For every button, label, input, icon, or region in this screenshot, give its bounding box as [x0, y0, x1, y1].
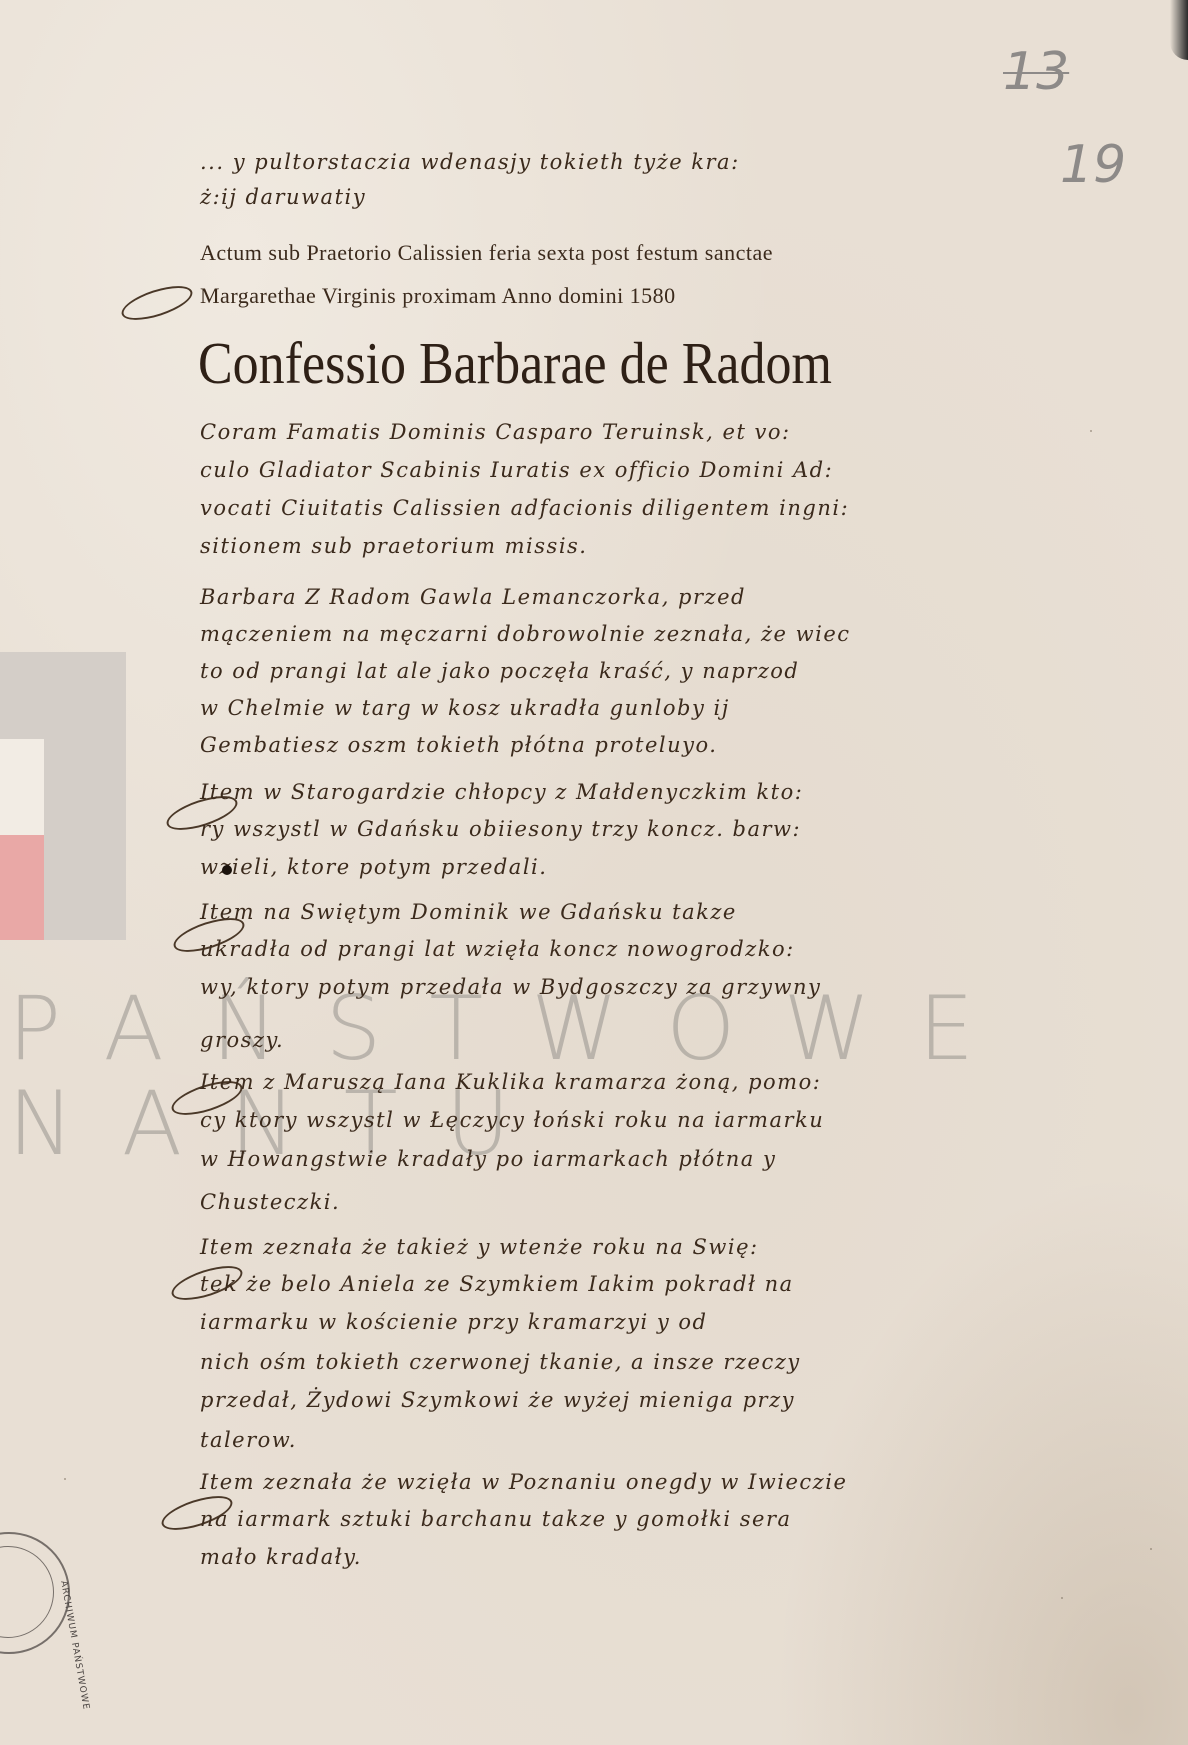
- archive-stamp-inner-ring: [0, 1546, 54, 1638]
- manuscript-page: PAŃSTWOWE NANTU 13 19 ... y pultorstaczi…: [0, 0, 1188, 1745]
- continuation-line: ... y pultorstaczia wdenasjy tokieth tyż…: [200, 150, 740, 174]
- paragraph-3-line: Item na Swiętym Dominik we Gdańsku takze: [200, 900, 737, 924]
- paper-speck: [1061, 1597, 1063, 1599]
- paragraph-1-line: w Chelmie w targ w kosz ukradła gunloby …: [200, 696, 730, 720]
- archive-stamp-label: ARCHIWUM PAŃSTWOWE: [58, 1580, 91, 1711]
- paragraph-4-line: cy ktory wszystl w Łęczycy łoński roku n…: [200, 1108, 824, 1132]
- paragraph-2-line: ry wszystl w Gdańsku obiiesony trzy konc…: [200, 817, 801, 841]
- paragraph-1-line: Barbara Z Radom Gawla Lemanczorka, przed: [200, 585, 746, 609]
- flourish-icon: [118, 279, 196, 327]
- paper-speck: [64, 1478, 66, 1480]
- acta-line: Margarethae Virginis proximam Anno domin…: [200, 283, 676, 309]
- paragraph-4-line: Item z Maruszą Iana Kuklika kramarza żon…: [200, 1070, 821, 1094]
- paper-speck: [1150, 1548, 1152, 1550]
- paragraph-5-line: Item zeznała że takież y wtenże roku na …: [200, 1235, 759, 1259]
- paragraph-2-line: Item w Starogardzie chłopcy z Małdenyczk…: [200, 780, 803, 804]
- continuation-line: ż:ij daruwatiy: [200, 185, 366, 209]
- preamble-line: sitionem sub praetorium missis.: [200, 534, 587, 558]
- paragraph-5-line: tek że belo Aniela ze Szymkiem Iakim pok…: [200, 1272, 794, 1296]
- preamble-line: culo Gladiator Scabinis Iuratis ex offic…: [200, 458, 833, 482]
- paragraph-5-line: iarmarku w kościenie przy kramarzyi y od: [200, 1310, 708, 1334]
- paragraph-3-line: ukradła od prangi lat wzięła koncz nowog…: [200, 937, 795, 961]
- folio-new-number: 19: [1060, 135, 1126, 195]
- paragraph-1-line: mączeniem na męczarni dobrowolnie zeznał…: [200, 622, 851, 646]
- paragraph-6-line: mało kradały.: [200, 1545, 362, 1569]
- paragraph-4-line: w Howangstwie kradały po iarmarkach płót…: [200, 1147, 776, 1171]
- preamble-line: Coram Famatis Dominis Casparo Teruinsk, …: [200, 420, 791, 444]
- watermark-red-block: [0, 835, 44, 940]
- paragraph-4-line: Chusteczki.: [200, 1190, 340, 1214]
- acta-line: Actum sub Praetorio Calissien feria sext…: [200, 240, 773, 266]
- preamble-line: vocati Ciuitatis Calissien adfacionis di…: [200, 496, 849, 520]
- paragraph-5-line: nich ośm tokieth czerwonej tkanie, a ins…: [200, 1350, 801, 1374]
- watermark-white-block: [0, 739, 44, 835]
- paragraph-6-line: Item zeznała że wzięła w Poznaniu onegdy…: [200, 1470, 847, 1494]
- paragraph-1-line: Gembatiesz oszm tokieth płótna proteluyo…: [200, 733, 717, 757]
- confession-heading: Confessio Barbarae de Radom: [198, 330, 832, 398]
- paragraph-3-line: groszy.: [200, 1028, 284, 1052]
- paragraph-3-line: wy, ktory potym przedała w Bydgoszczy za…: [200, 975, 821, 999]
- ink-blot: [222, 865, 232, 875]
- folio-old-number: 13: [1003, 42, 1069, 102]
- paragraph-5-line: przedał, Żydowi Szymkowi że wyżej mienig…: [200, 1388, 795, 1412]
- paragraph-1-line: to od prangi lat ale jako poczęła kraść,…: [200, 659, 799, 683]
- page-edge-shadow: [1170, 0, 1188, 60]
- paragraph-6-line: na iarmark sztuki barchanu takze y gomoł…: [200, 1507, 792, 1531]
- paragraph-5-line: talerow.: [200, 1428, 297, 1452]
- paragraph-2-line: wzieli, ktore potym przedali.: [200, 855, 547, 879]
- paper-speck: [1090, 430, 1092, 432]
